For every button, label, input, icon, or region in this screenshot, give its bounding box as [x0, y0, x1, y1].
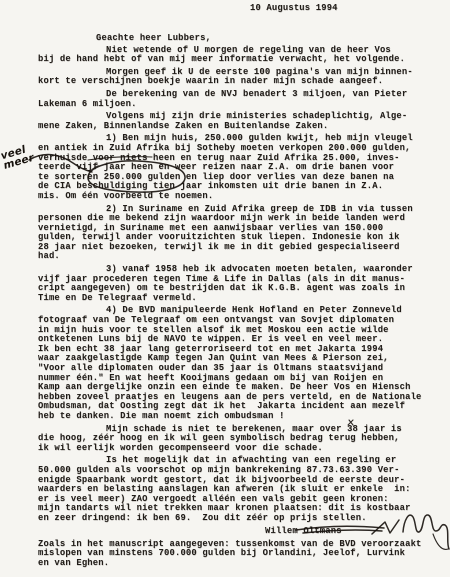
handwritten-margin-note: veel meer: [0, 144, 35, 171]
claim-item-1: 1) Ben mijn huis, 250.000 gulden kwijt, …: [38, 134, 444, 201]
claim-item-3: 3) vanaf 1958 heb ik advocaten moeten be…: [38, 265, 444, 303]
paragraph-advance-request: Is het mogelijk dat in afwachting van ee…: [38, 456, 444, 523]
paragraph-damage-total: Mijn schade is niet te berekenen, maar o…: [38, 425, 444, 454]
paragraph-ministries: Volgens mij zijn drie ministeries schade…: [38, 112, 444, 131]
date-line: 10 Augustus 1994: [250, 4, 444, 14]
salutation: Geachte heer Lubbers,: [96, 34, 444, 44]
claim-item-4: 4) De BVD manipuleerde Henk Hofland en P…: [38, 306, 444, 421]
paragraph-intro: Niet wetende of U morgen de regeling van…: [38, 46, 444, 65]
letter-page: 10 Augustus 1994 Geachte heer Lubbers, N…: [0, 0, 450, 577]
postscript: Zoals in het manuscript aangegeven: tuss…: [38, 540, 444, 569]
paragraph-booklet: Morgen geef ik U de eerste 100 pagina's …: [38, 68, 444, 87]
paragraph-nvj-claim: De berekening van de NVJ benadert 3 milj…: [38, 90, 444, 109]
signature-line: Willem Oltmans: [38, 527, 444, 537]
typed-signature: Willem Oltmans: [265, 526, 342, 536]
claim-item-2: 2) In Suriname en Zuid Afrika greep de I…: [38, 205, 444, 263]
